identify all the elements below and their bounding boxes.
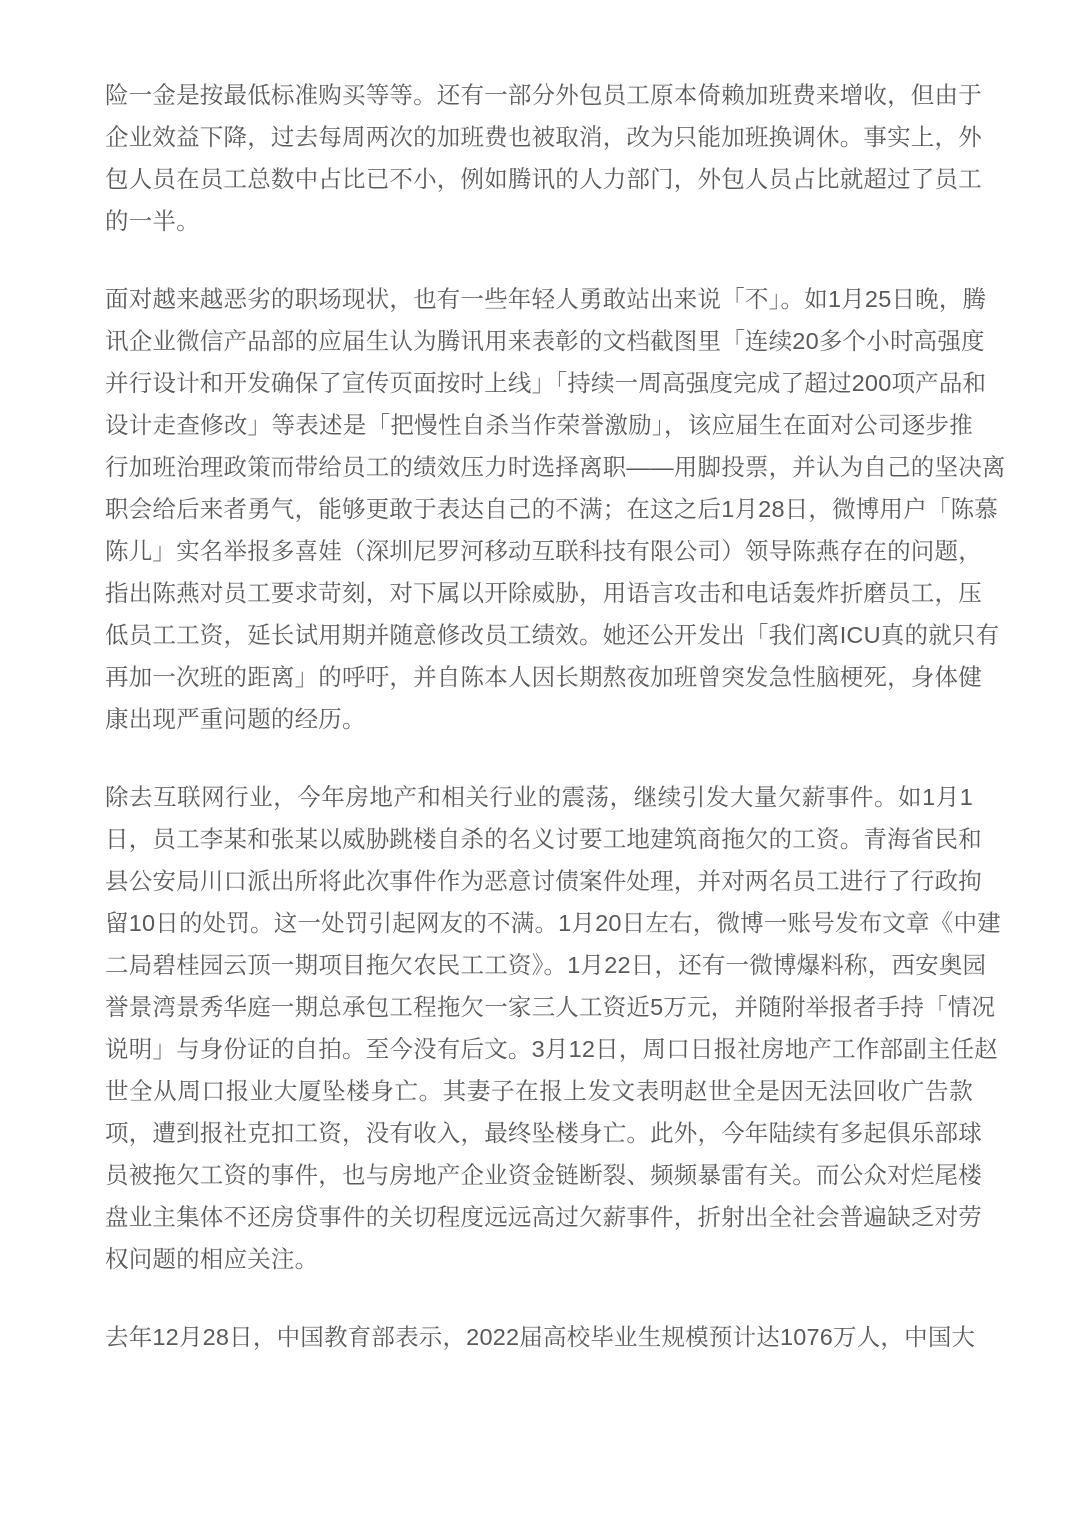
text-line: 险一金是按最低标准购买等等。还有一部分外包员工原本倚赖加班费来增收，但由于	[105, 74, 973, 116]
text-line: 员被拖欠工资的事件，也与房地产企业资金链断裂、频频暴雷有关。而公众对烂尾楼	[105, 1154, 973, 1196]
text-line: 誉景湾景秀华庭一期总承包工程拖欠一家三人工资近5万元，并随附举报者手持「情况	[105, 986, 973, 1028]
text-line: 设计走查修改」等表述是「把慢性自杀当作荣誉激励」，该应届生在面对公司逐步推	[105, 404, 973, 446]
text-line: 县公安局川口派出所将此次事件作为恶意讨债案件处理，并对两名员工进行了行政拘	[105, 860, 973, 902]
text-line: 权问题的相应关注。	[105, 1238, 973, 1280]
text-line: 再加一次班的距离」的呼吁，并自陈本人因长期熬夜加班曾突发急性脑梗死，身体健	[105, 656, 973, 698]
text-line: 除去互联网行业，今年房地产和相关行业的震荡，继续引发大量欠薪事件。如1月1	[105, 776, 973, 818]
text-line: 日，员工李某和张某以威胁跳楼自杀的名义讨要工地建筑商拖欠的工资。青海省民和	[105, 818, 973, 860]
text-line: 指出陈燕对员工要求苛刻，对下属以开除威胁，用语言攻击和电话轰炸折磨员工，压	[105, 572, 973, 614]
text-line: 去年12月28日，中国教育部表示，2022届高校毕业生规模预计达1076万人，中…	[105, 1316, 973, 1358]
text-line: 职会给后来者勇气，能够更敢于表达自己的不满；在这之后1月28日，微博用户「陈慕	[105, 488, 973, 530]
text-line: 陈儿」实名举报多喜娃（深圳尼罗河移动互联科技有限公司）领导陈燕存在的问题，	[105, 530, 973, 572]
text-line: 留10日的处罚。这一处罚引起网友的不满。1月20日左右，微博一账号发布文章《中建	[105, 902, 973, 944]
text-line: 讯企业微信产品部的应届生认为腾讯用来表彰的文档截图里「连续20多个小时高强度	[105, 320, 973, 362]
paragraph: 去年12月28日，中国教育部表示，2022届高校毕业生规模预计达1076万人，中…	[105, 1316, 973, 1358]
text-line: 包人员在员工总数中占比已不小，例如腾讯的人力部门，外包人员占比就超过了员工	[105, 158, 973, 200]
text-line: 行加班治理政策而带给员工的绩效压力时选择离职——用脚投票，并认为自己的坚决离	[105, 446, 973, 488]
text-line: 并行设计和开发确保了宣传页面按时上线」「持续一周高强度完成了超过200项产品和	[105, 362, 973, 404]
text-line: 低员工工资，延长试用期并随意修改员工绩效。她还公开发出「我们离ICU真的就只有	[105, 614, 973, 656]
text-line: 康出现严重问题的经历。	[105, 698, 973, 740]
text-line: 说明」与身份证的自拍。至今没有后文。3月12日，周口日报社房地产工作部副主任赵	[105, 1028, 973, 1070]
paragraph: 险一金是按最低标准购买等等。还有一部分外包员工原本倚赖加班费来增收，但由于企业效…	[105, 74, 973, 242]
text-line: 二局碧桂园云顶一期项目拖欠农民工工资》。1月22日，还有一微博爆料称，西安奥园	[105, 944, 973, 986]
text-line: 的一半。	[105, 200, 973, 242]
text-line: 面对越来越恶劣的职场现状，也有一些年轻人勇敢站出来说「不」。如1月25日晚，腾	[105, 278, 973, 320]
paragraph: 面对越来越恶劣的职场现状，也有一些年轻人勇敢站出来说「不」。如1月25日晚，腾讯…	[105, 278, 973, 740]
article-body: 险一金是按最低标准购买等等。还有一部分外包员工原本倚赖加班费来增收，但由于企业效…	[0, 0, 1080, 1358]
text-line: 项，遭到报社克扣工资，没有收入，最终坠楼身亡。此外，今年陆续有多起俱乐部球	[105, 1112, 973, 1154]
text-line: 企业效益下降，过去每周两次的加班费也被取消，改为只能加班换调休。事实上，外	[105, 116, 973, 158]
paragraph: 除去互联网行业，今年房地产和相关行业的震荡，继续引发大量欠薪事件。如1月1日，员…	[105, 776, 973, 1280]
text-line: 盘业主集体不还房贷事件的关切程度远远高过欠薪事件，折射出全社会普遍缺乏对劳	[105, 1196, 973, 1238]
text-line: 世全从周口报业大厦坠楼身亡。其妻子在报上发文表明赵世全是因无法回收广告款	[105, 1070, 973, 1112]
